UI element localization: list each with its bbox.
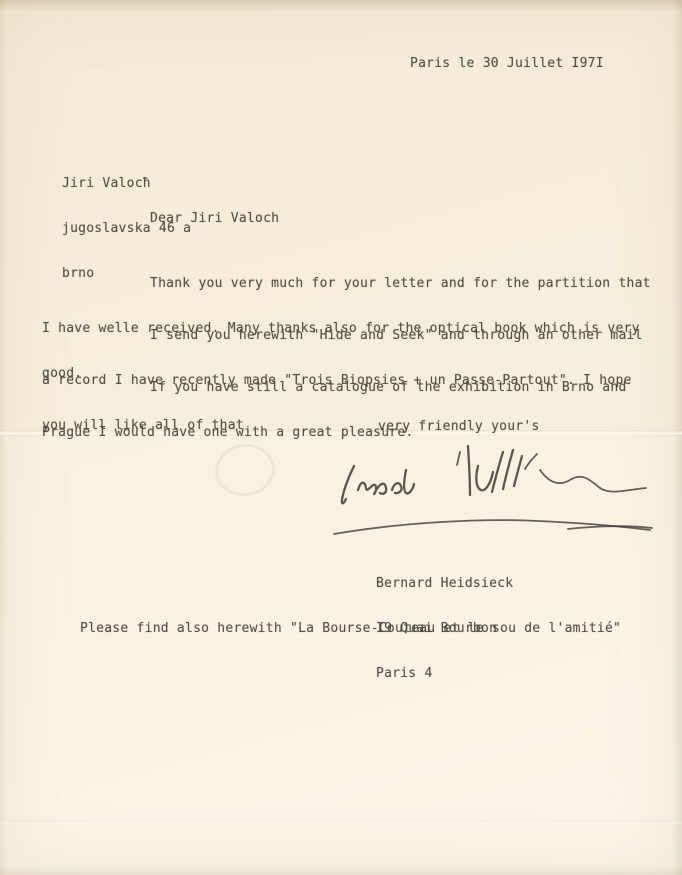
paper-edge-shadow-right	[672, 0, 682, 875]
closing-line: very friendly your's	[378, 419, 540, 434]
sender-name: Bernard Heidsieck	[376, 576, 513, 591]
paragraph-line: If you have still a catalogue of the exh…	[42, 380, 627, 395]
recipient-name: Jiri Valocħ	[62, 176, 191, 191]
postscript-line: Please find also herewith "La Bourse-Cou…	[80, 621, 621, 636]
letter-date: Paris le 30 Juillet I97I	[410, 56, 604, 71]
scanned-letter-page: Paris le 30 Juillet I97I Jiri Valocħ jug…	[0, 0, 682, 875]
paper-edge-shadow-top	[0, 0, 682, 12]
fold-crease-lower	[0, 820, 682, 825]
paragraph-line: I send you herewith "Hide and Seek" and …	[42, 328, 643, 343]
paper-edge-shadow-bottom	[0, 866, 682, 875]
sender-city: Paris 4	[376, 666, 513, 681]
paragraph-line: Thank you very much for your letter and …	[42, 276, 651, 291]
paper-edge-shadow-left	[0, 0, 7, 875]
handwritten-signature	[328, 440, 662, 542]
salutation: Dear Jiri Valoch	[150, 211, 279, 226]
